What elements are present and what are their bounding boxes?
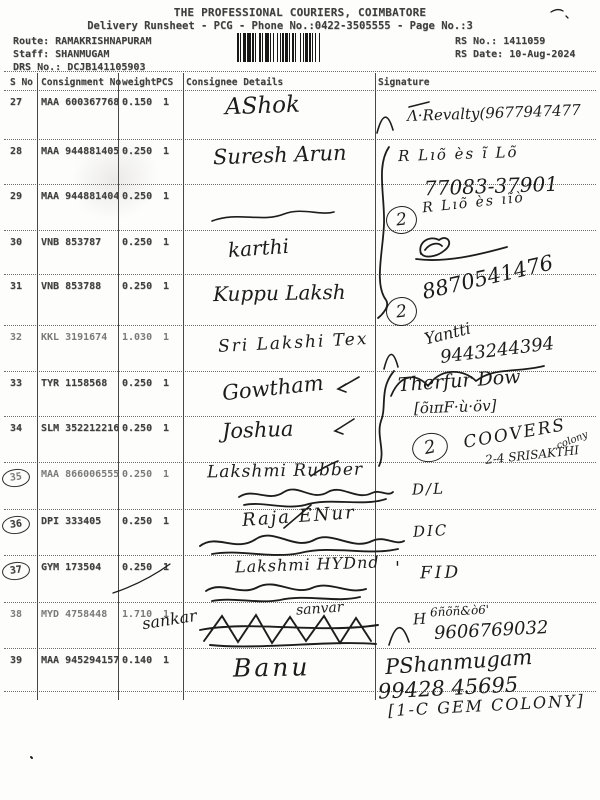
column-line-1 [37, 73, 38, 700]
barcode-bar [295, 33, 296, 62]
row-27-pcs: 1 [163, 97, 169, 108]
row-36-consignment-no: DPI 333405 [41, 516, 101, 527]
barcode-bar [273, 33, 274, 62]
handwritten-signature-h-row38: H [412, 612, 426, 628]
row-29-pcs: 1 [163, 191, 169, 202]
lambda-stroke-row27 [377, 117, 393, 133]
handwritten-signature-phone-row38: 9606769032 [434, 619, 549, 643]
row-34-pcs: 1 [163, 423, 169, 434]
column-line-3 [183, 73, 184, 700]
barcode-bar [262, 33, 263, 62]
row-34-weight: 0.250 [122, 423, 152, 434]
scribble-consignee-row38 [200, 615, 378, 646]
handwritten-consignee-row36: Raja ENur [242, 504, 357, 530]
row-32-s-no: 32 [10, 332, 22, 343]
document-title: THE PROFESSIONAL COURIERS, COIMBATORE [0, 6, 600, 19]
row-32-weight: 1.030 [122, 332, 152, 343]
barcode-bar [270, 33, 271, 62]
handwritten-signature-row35: D/L [412, 481, 446, 497]
row-39-weight: 0.140 [122, 655, 152, 666]
col-header-consignee: Consignee Details [186, 77, 283, 88]
row-32-pcs: 1 [163, 332, 169, 343]
barcode-bar [240, 33, 241, 62]
staff-line: Staff: SHANMUGAM [13, 49, 109, 60]
col-header-signature: Signature [378, 77, 429, 88]
squiggle-consignee-row29 [212, 211, 334, 221]
barcode-bar [280, 33, 281, 62]
handwritten-signature-mark-row37: ' [395, 560, 400, 578]
col-header-consignment: Consignment No [41, 77, 121, 88]
row-39-consignment-no: MAA 945294157 [41, 655, 119, 666]
row-39-pcs: 1 [163, 655, 169, 666]
row-35-pcs: 1 [163, 469, 169, 480]
row-36-weight: 0.250 [122, 516, 152, 527]
pen-dot-bottom-left [31, 757, 32, 758]
row-34-consignment-no: SLM 352212216 [41, 423, 119, 434]
handwritten-consignee-row28: Suresh Arun [213, 143, 347, 169]
rs-date-label: RS Date: [455, 49, 503, 60]
handwritten-consignee-row38: sanvar [296, 600, 344, 617]
arrow-weight-row34 [335, 419, 354, 434]
brace-stroke-rows33-34 [379, 371, 394, 466]
barcode-bar [300, 33, 301, 62]
row-36-s-no: 36 [10, 516, 30, 534]
route-value: RAMAKRISHNAPURAM [55, 36, 151, 47]
barcode-bar [309, 33, 311, 62]
row-31-consignment-no: VNB 853788 [41, 281, 101, 292]
barcode-bar [285, 33, 288, 62]
row-31-s-no: 31 [10, 281, 22, 292]
barcode-bar [265, 33, 269, 62]
scan-smudge [56, 123, 174, 237]
route-line: Route: RAMAKRISHNAPURAM [13, 36, 151, 47]
row-37-weight: 0.250 [122, 562, 152, 573]
handwritten-signature-bracket-row33: [õıπF·ù·öv] [414, 399, 497, 417]
row-33-weight: 0.250 [122, 378, 152, 389]
row-33-consignment-no: TYR 1158568 [41, 378, 107, 389]
handwritten-consignee-row35: Lakshmi Rubber [207, 462, 363, 482]
pen-circle-around-s-no: 35 [1, 467, 31, 488]
row-31-weight: 0.250 [122, 281, 152, 292]
row-39-s-no: 39 [10, 655, 22, 666]
handwritten-consignee-row39: Banu [233, 654, 311, 680]
barcode-bar [315, 33, 316, 62]
route-label: Route: [13, 36, 49, 47]
row-divider-1 [4, 139, 596, 140]
barcode-bar [243, 33, 246, 62]
pen-circle-around-s-no: 36 [1, 514, 31, 535]
handwritten-consignee-row30: karthi [227, 236, 289, 260]
row-34-s-no: 34 [10, 423, 22, 434]
barcode-bar [289, 33, 290, 62]
row-28-s-no: 28 [10, 146, 22, 157]
row-28-pcs: 1 [163, 146, 169, 157]
barcode-bar [247, 33, 251, 62]
handwritten-signature-row36: DIC [413, 523, 449, 540]
row-36-pcs: 1 [163, 516, 169, 527]
row-37-s-no: 37 [10, 562, 30, 580]
handwritten-consignee-row31: Kuppu Laksh [213, 282, 346, 304]
row-27-consignment-no: MAA 600367768 [41, 97, 119, 108]
handwritten-signature-name-row28: R Lıõ ès ĩ Lõ [398, 145, 519, 164]
row-27-weight: 0.150 [122, 97, 152, 108]
divider-header-top [4, 71, 596, 72]
col-header-pcs: PCS [156, 77, 173, 88]
rd-signature-scribble-row30 [416, 238, 507, 260]
barcode-bar [292, 33, 294, 62]
row-30-pcs: 1 [163, 237, 169, 248]
row-30-s-no: 30 [10, 237, 22, 248]
lambda-stroke-row38 [389, 628, 409, 645]
rs-no-value: 1411059 [503, 36, 545, 47]
handwritten-signature-name-row38: 6ñõñ&ò6' [430, 603, 490, 618]
row-33-pcs: 1 [163, 378, 169, 389]
row-35-consignment-no: MAA 866006555 [41, 469, 119, 480]
document-subtitle: Delivery Runsheet - PCG - Phone No.:0422… [0, 20, 560, 32]
arrow-weight-row33 [338, 377, 359, 392]
handwritten-consignee-row34: Joshua [222, 419, 294, 442]
row-33-s-no: 33 [10, 378, 22, 389]
rs-date-value: 10-Aug-2024 [509, 49, 575, 60]
col-header-s-no: S No [10, 77, 33, 88]
lambda-stroke-row32 [384, 354, 398, 369]
barcode-bar [255, 33, 256, 62]
row-31-pcs: 1 [163, 281, 169, 292]
barcode-bar [237, 33, 239, 62]
circled-count-row34: 2 [409, 430, 450, 466]
barcode-bar [277, 33, 278, 62]
brace-stroke-rows28-31 [378, 147, 389, 318]
row-29-s-no: 29 [10, 191, 22, 202]
row-27-s-no: 27 [10, 97, 22, 108]
barcode-bar [305, 33, 308, 62]
row-35-weight: 0.250 [122, 469, 152, 480]
row-divider-5 [4, 325, 596, 326]
rs-date-line: RS Date: 10-Aug-2024 [455, 49, 575, 60]
row-30-consignment-no: VNB 853787 [41, 237, 101, 248]
staff-value: SHANMUGAM [55, 49, 109, 60]
handwritten-consignee-row27: AShok [225, 94, 301, 120]
row-32-consignment-no: KKL 3191674 [41, 332, 107, 343]
row-divider-7 [4, 416, 596, 417]
row-37-pcs: 1 [163, 562, 169, 573]
rs-no-label: RS No.: [455, 36, 497, 47]
row-divider-0 [4, 90, 596, 91]
handwritten-signature-phone-row31: 8870541476 [420, 252, 555, 303]
col-header-weight: weight [122, 77, 156, 88]
rs-no-line: RS No.: 1411059 [455, 36, 545, 47]
handwritten-signature-row37: FID [420, 565, 461, 583]
row-35-s-no: 35 [10, 469, 30, 487]
handwritten-signature-row27: Λ·Revalty(9677947477 [407, 103, 581, 124]
barcode-bar [312, 33, 313, 62]
barcode-bar [303, 33, 304, 62]
row-38-s-no: 38 [10, 609, 22, 620]
barcode-bar [252, 33, 254, 62]
staff-label: Staff: [13, 49, 49, 60]
barcode-bar [319, 33, 320, 62]
pen-circle-around-s-no: 37 [1, 560, 31, 581]
barcode-bar [259, 33, 261, 62]
barcode-bar [282, 33, 284, 62]
delivery-runsheet-scan: THE PROFESSIONAL COURIERS, COIMBATORE De… [0, 0, 600, 800]
row-divider-3 [4, 230, 596, 231]
handwritten-consignee-row37: Lakshmi HYDnd [235, 554, 380, 575]
column-line-4 [375, 73, 376, 700]
handwritten-consignee-row33: Gowtham [221, 373, 324, 405]
row-37-consignment-no: GYM 173504 [41, 562, 101, 573]
circled-count-row31: 2 [385, 295, 419, 327]
row-30-weight: 0.250 [122, 237, 152, 248]
row-38-consignment-no: MYD 4758448 [41, 609, 107, 620]
handwritten-consignee-row32: Sri Lakshi Tex [218, 331, 369, 356]
